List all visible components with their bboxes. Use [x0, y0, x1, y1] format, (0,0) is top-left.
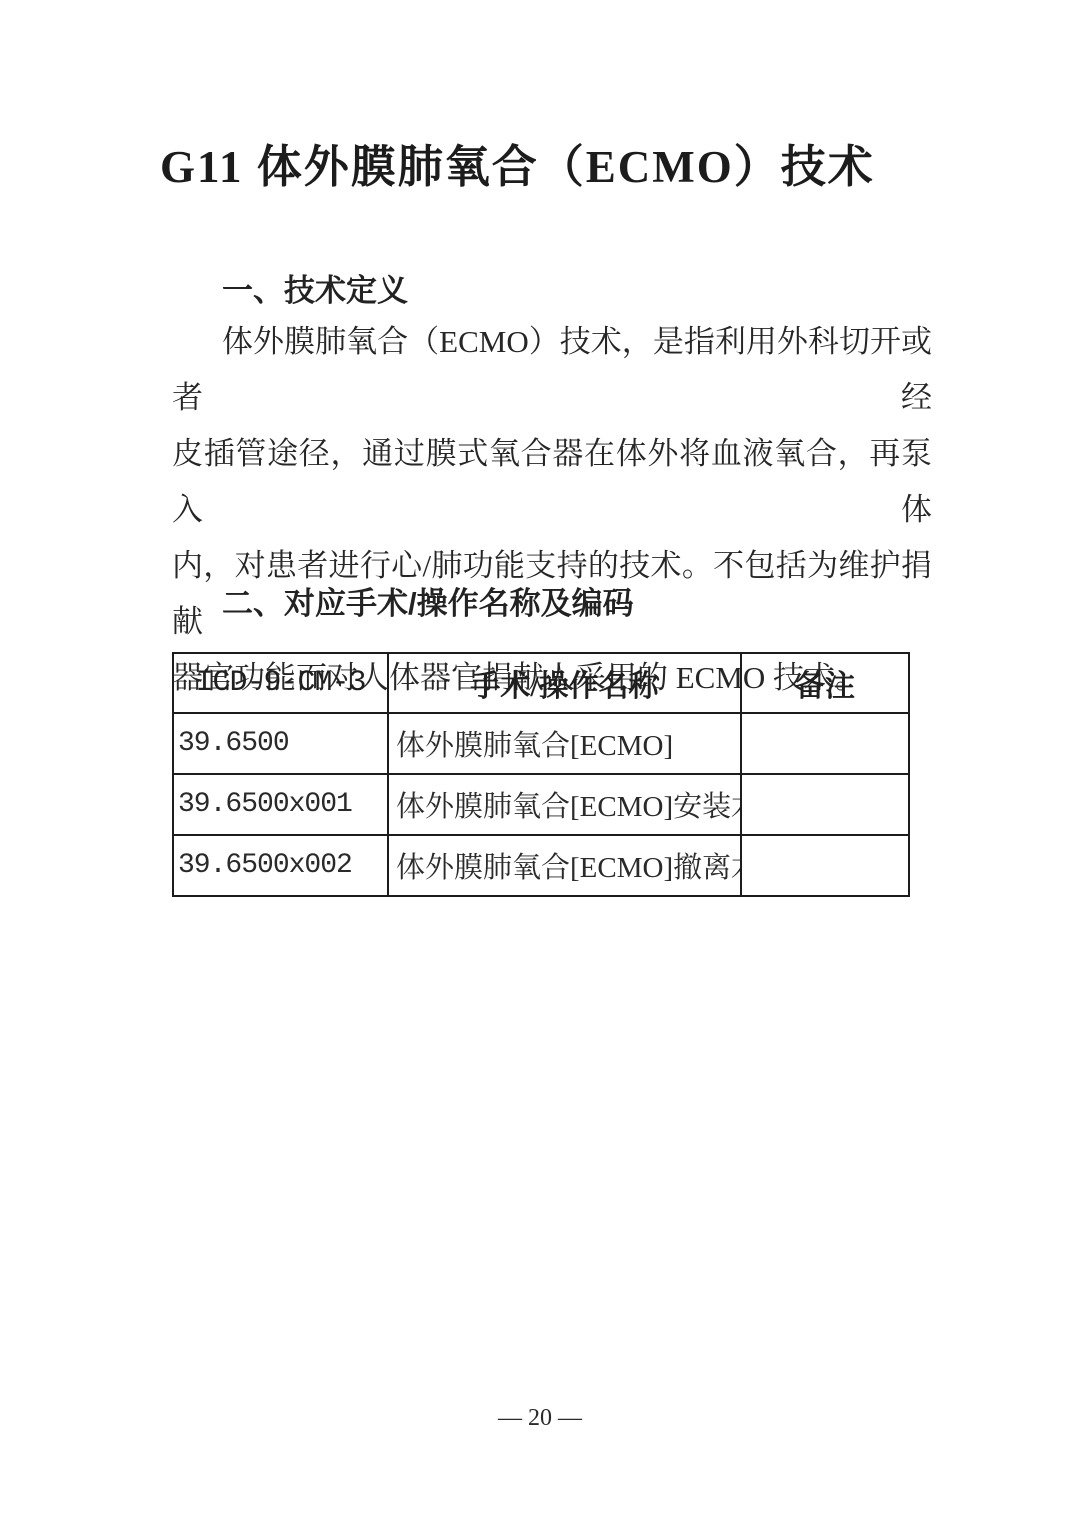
table-row: 39.6500x002 体外膜肺氧合[ECMO]撤离术 [173, 835, 909, 896]
section-heading-codes: 二、对应手术/操作名称及编码 [222, 578, 634, 623]
table-header-operation-name: 手术/操作名称 [388, 653, 741, 713]
section-heading-definition: 一、技术定义 [222, 265, 408, 310]
table-row: 39.6500x001 体外膜肺氧合[ECMO]安装术 [173, 774, 909, 835]
paragraph-line: 皮插管途径，通过膜式氧合器在体外将血液氧合，再泵入体 [172, 426, 932, 538]
icd-code-table: ICD-9-CM-3 手术/操作名称 备注 39.6500 体外膜肺氧合[ECM… [172, 652, 910, 897]
definition-paragraph: 体外膜肺氧合（ECMO）技术，是指利用外科切开或者经 皮插管途径，通过膜式氧合器… [172, 314, 932, 706]
cell-icd-code: 39.6500x002 [173, 835, 388, 896]
table-header-icd: ICD-9-CM-3 [173, 653, 388, 713]
cell-remarks [741, 774, 909, 835]
document-page: G11 体外膜肺氧合（ECMO）技术 一、技术定义 体外膜肺氧合（ECMO）技术… [0, 0, 1080, 1527]
cell-remarks [741, 713, 909, 774]
paragraph-line: 体外膜肺氧合（ECMO）技术，是指利用外科切开或者经 [172, 314, 932, 426]
page-number: — 20 — [0, 1405, 1080, 1432]
cell-operation-name: 体外膜肺氧合[ECMO] [388, 713, 741, 774]
page-title: G11 体外膜肺氧合（ECMO）技术 [160, 130, 875, 195]
table-header-row: ICD-9-CM-3 手术/操作名称 备注 [173, 653, 909, 713]
table-header-remarks: 备注 [741, 653, 909, 713]
cell-icd-code: 39.6500x001 [173, 774, 388, 835]
cell-icd-code: 39.6500 [173, 713, 388, 774]
cell-operation-name: 体外膜肺氧合[ECMO]撤离术 [388, 835, 741, 896]
cell-remarks [741, 835, 909, 896]
table-row: 39.6500 体外膜肺氧合[ECMO] [173, 713, 909, 774]
cell-operation-name: 体外膜肺氧合[ECMO]安装术 [388, 774, 741, 835]
